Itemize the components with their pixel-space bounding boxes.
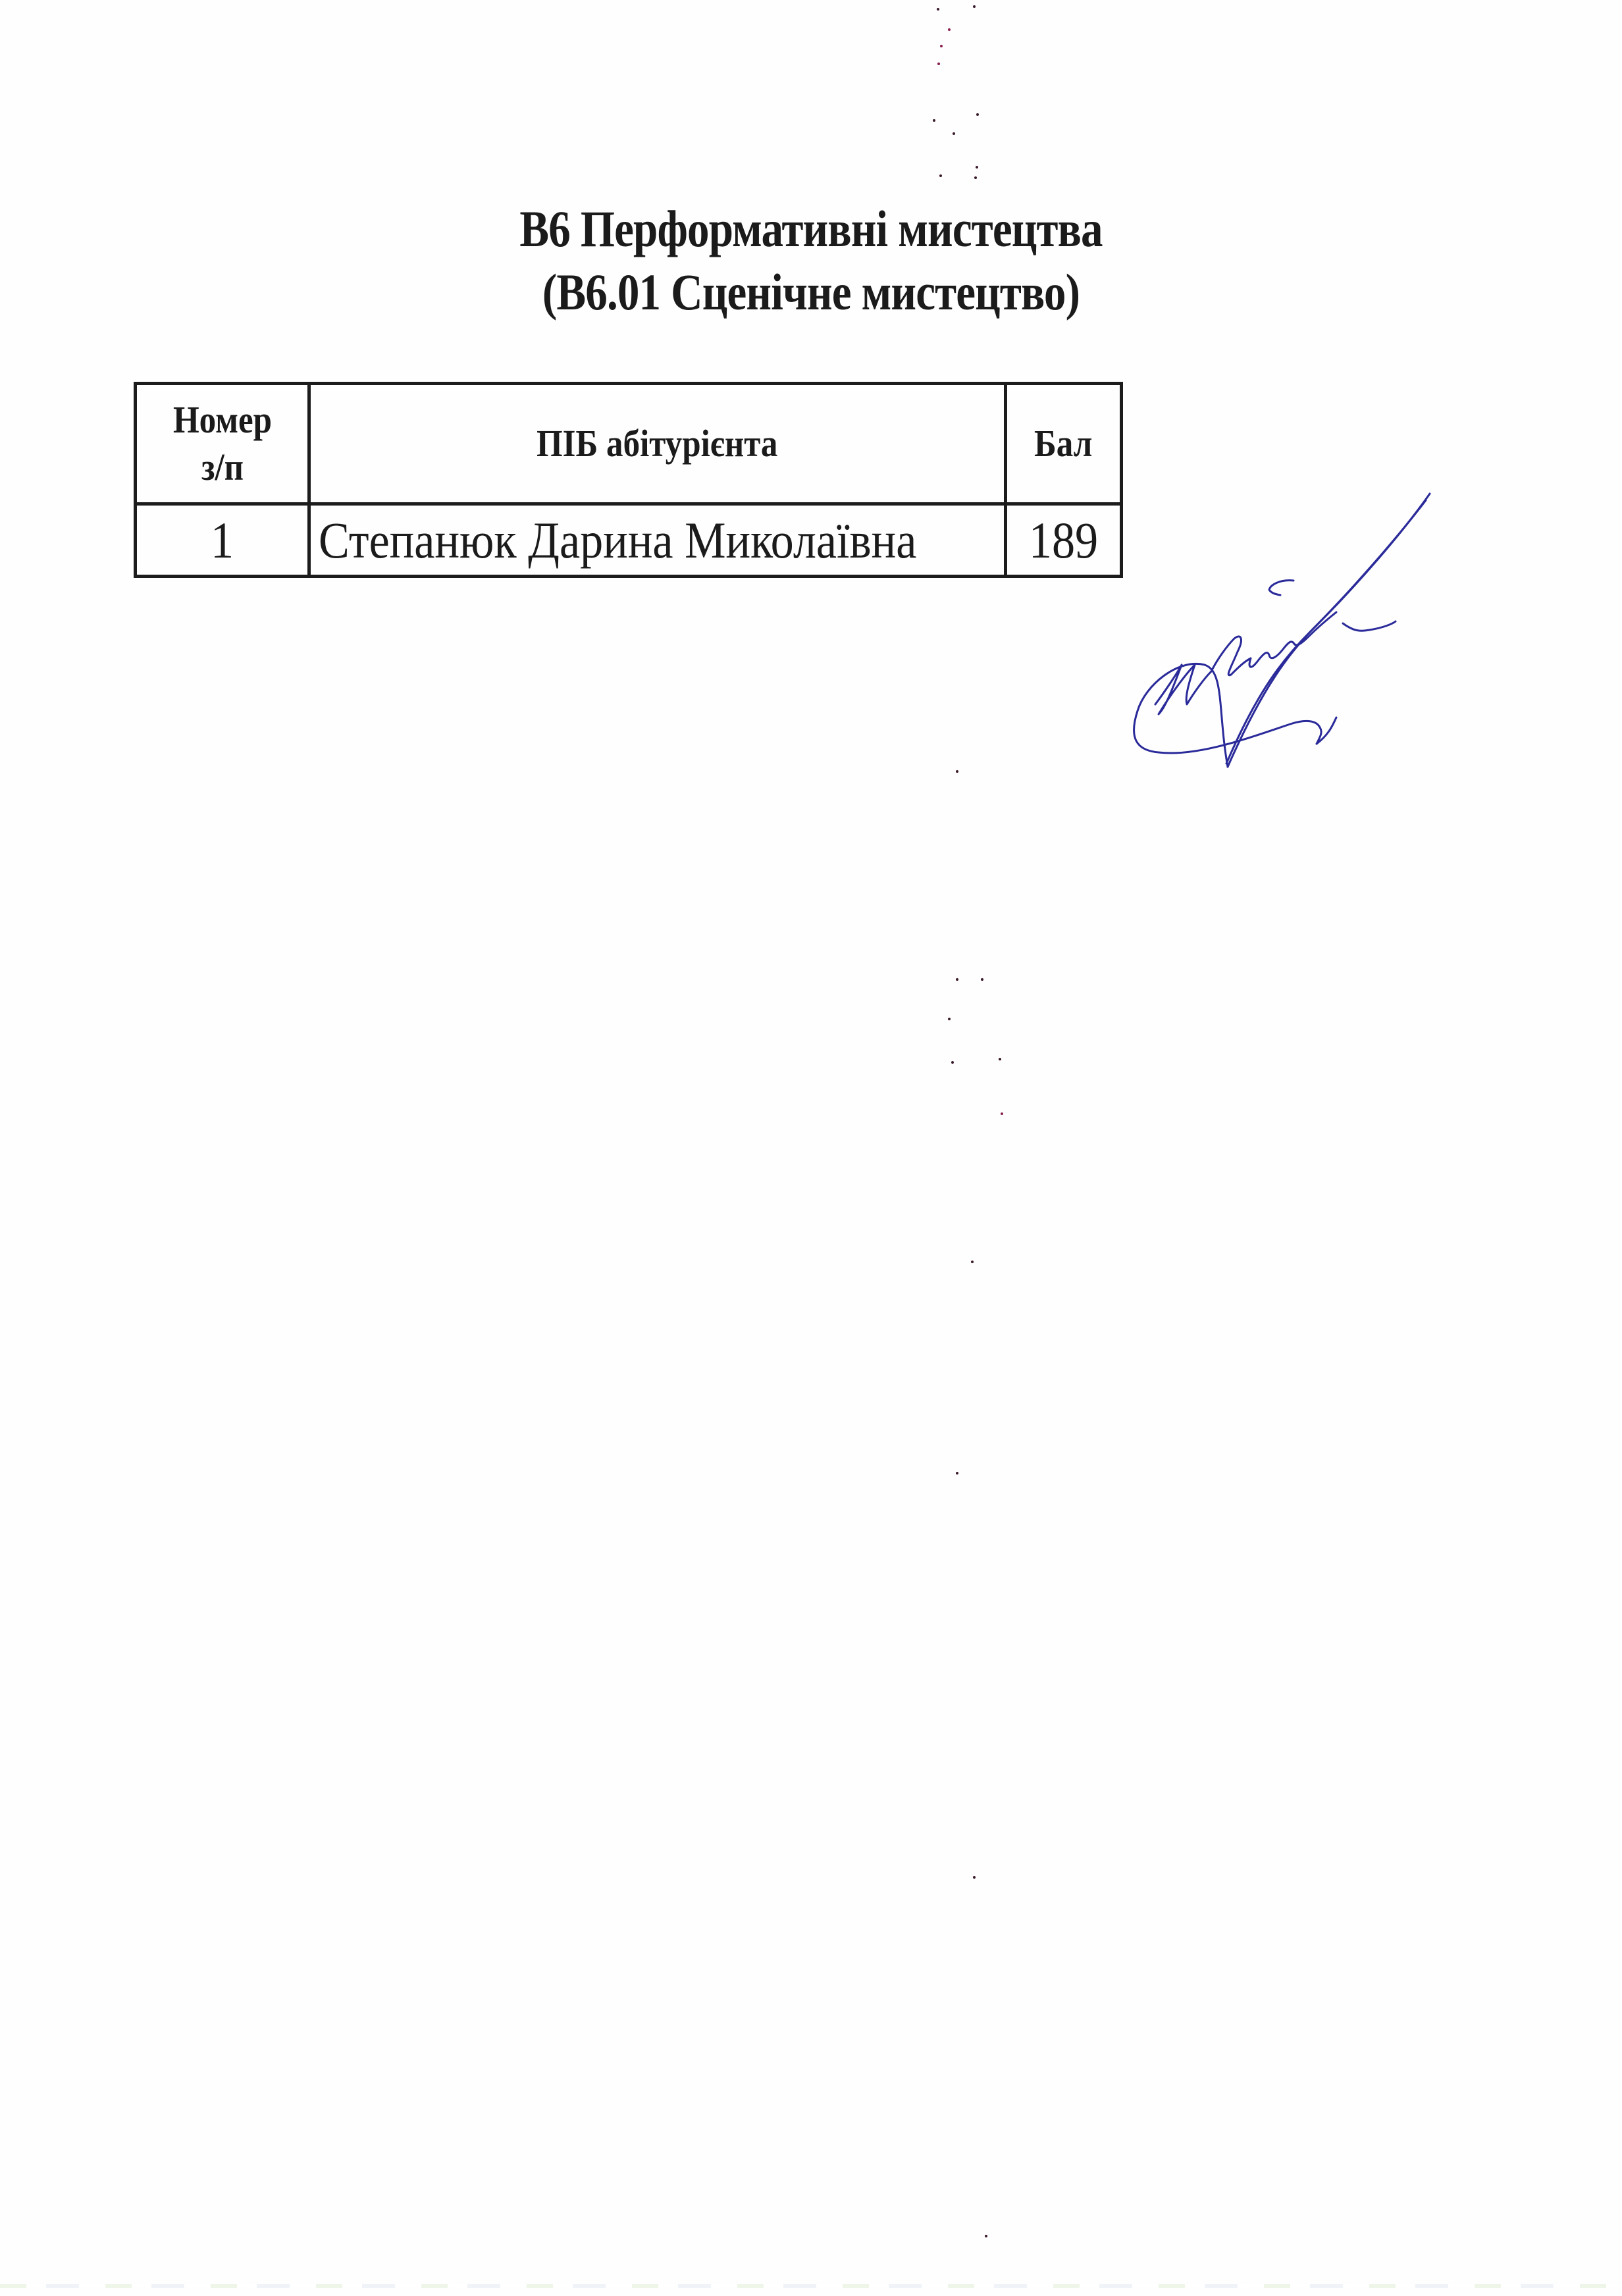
scan-speck bbox=[953, 132, 955, 135]
document-title: В6 Перформативні мистецтва (В6.01 Сценіч… bbox=[0, 197, 1622, 324]
applicant-score: 189 bbox=[1029, 509, 1098, 572]
title-line-2: (В6.01 Сценічне мистецтво) bbox=[113, 261, 1508, 324]
row-number: 1 bbox=[211, 509, 234, 572]
header-name: ПІБ абітурієнта bbox=[309, 384, 1006, 504]
scan-speck bbox=[937, 8, 939, 11]
scan-speck bbox=[981, 978, 983, 981]
row-name-cell: Степанюк Дарина Миколаївна bbox=[309, 504, 1006, 577]
scan-speck bbox=[956, 978, 958, 981]
scan-speck bbox=[973, 1876, 976, 1879]
applicants-table: Номер з/п ПІБ абітурієнта Бал 1 Степанюк… bbox=[134, 382, 1123, 578]
scan-speck bbox=[976, 113, 979, 116]
scan-speck bbox=[974, 176, 977, 179]
header-score-label: Бал bbox=[1034, 420, 1092, 467]
scan-speck bbox=[933, 119, 935, 122]
header-number: Номер з/п bbox=[136, 384, 309, 504]
scan-speck bbox=[956, 1472, 958, 1474]
scan-speck bbox=[956, 770, 958, 773]
scan-speck bbox=[948, 28, 951, 31]
row-score-cell: 189 bbox=[1006, 504, 1122, 577]
scan-speck bbox=[940, 45, 943, 47]
scan-speck bbox=[971, 1261, 974, 1263]
header-number-label: Номер з/п bbox=[165, 396, 280, 491]
scan-speck bbox=[939, 174, 942, 177]
header-name-label: ПІБ абітурієнта bbox=[536, 420, 777, 467]
document-page: В6 Перформативні мистецтва (В6.01 Сценіч… bbox=[0, 0, 1622, 2296]
scan-speck bbox=[999, 1058, 1001, 1060]
scan-speck bbox=[937, 63, 940, 65]
applicant-name: Степанюк Дарина Миколаївна bbox=[319, 509, 916, 572]
scan-speck bbox=[951, 1061, 954, 1064]
scan-speck bbox=[985, 2235, 987, 2237]
scan-speck bbox=[976, 166, 978, 169]
title-line-1: В6 Перформативні мистецтва bbox=[113, 197, 1508, 261]
row-number-cell: 1 bbox=[136, 504, 309, 577]
signature-icon bbox=[1119, 474, 1580, 790]
table-header-row: Номер з/п ПІБ абітурієнта Бал bbox=[136, 384, 1122, 504]
scan-speck bbox=[1001, 1112, 1003, 1115]
scan-speck bbox=[973, 5, 976, 8]
scan-speck bbox=[948, 1018, 951, 1020]
header-score: Бал bbox=[1006, 384, 1122, 504]
header-number-text: Номер з/п bbox=[172, 398, 271, 488]
table-row: 1 Степанюк Дарина Миколаївна 189 bbox=[136, 504, 1122, 577]
scan-edge-artifact bbox=[0, 2284, 1622, 2288]
